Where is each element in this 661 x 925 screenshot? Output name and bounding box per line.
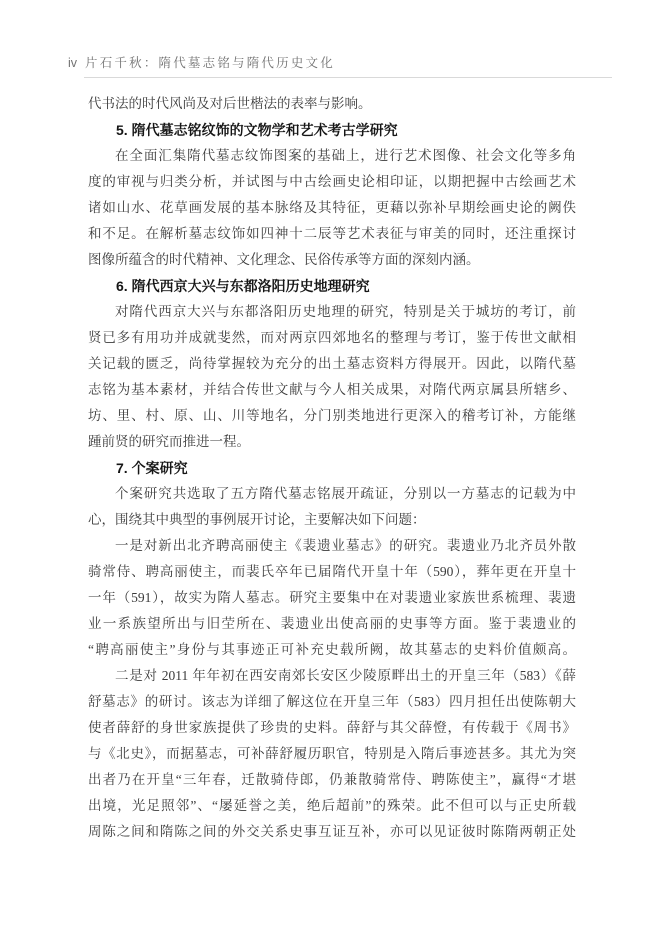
text-line: 舒墓志》的研讨。该志为详细了解这位在开皇三年（583）四月担任出使陈朝大	[88, 689, 576, 715]
text-line: 一年（591），故实为隋人墓志。研究主要集中在对裴遗业家族世系梳理、裴遗	[88, 585, 576, 611]
text-line: 对隋代西京大兴与东都洛阳历史地理的研究，特别是关于城坊的考订，前	[88, 299, 576, 325]
text-line: 在全面汇集隋代墓志纹饰图案的基础上，进行艺术图像、社会文化等多角	[88, 143, 576, 169]
text-line: 个案研究共选取了五方隋代墓志铭展开疏证，分别以一方墓志的记载为中	[88, 481, 576, 507]
text-line: 心，围绕其中典型的事例展开讨论，主要解决如下问题：	[88, 507, 576, 533]
text-line: 贤已多有用功并成就斐然，而对两京四郊地名的整理与考订，鉴于传世文献相	[88, 325, 576, 351]
text-line: 踵前贤的研究而推进一程。	[88, 429, 576, 455]
text-line: 图像所蕴含的时代精神、文化理念、民俗传承等方面的深刻内涵。	[88, 247, 576, 273]
text-line: 业一系族望所出与旧茔所在、裴遗业出使高丽的史事等方面。鉴于裴遗业的	[88, 611, 576, 637]
section-heading-7: 7. 个案研究	[88, 455, 576, 481]
text-line: 关记载的匮乏，尚待掌握较为充分的出土墓志资料方得展开。因此，以隋代墓	[88, 351, 576, 377]
text-line: 诸如山水、花草画发展的基本脉络及其特征，更藉以弥补早期绘画史论的阙佚	[88, 195, 576, 221]
text-line: 度的审视与归类分析，并试图与中古绘画史论相印证，以期把握中古绘画艺术	[88, 169, 576, 195]
document-page: iv片石千秋：隋代墓志铭与隋代历史文化 代书法的时代风尚及对后世楷法的表率与影响…	[0, 0, 661, 925]
text-line: 与《北史》，而据墓志，可补薛舒履历职官，特别是入隋后事迹甚多。其尤为突	[88, 741, 576, 767]
text-line: 骑常侍、聘高丽使主，而裴氏卒年已届隋代开皇十年（590），葬年更在开皇十	[88, 559, 576, 585]
page-body: 代书法的时代风尚及对后世楷法的表率与影响。 5. 隋代墓志铭纹饰的文物学和艺术考…	[88, 91, 576, 845]
text-line: 二是对 2011 年年初在西安南郊长安区少陵原畔出土的开皇三年（583）《薛	[88, 663, 576, 689]
running-title: 片石千秋：隋代墓志铭与隋代历史文化	[85, 56, 335, 70]
page-number: iv	[68, 56, 77, 70]
text-line: 出境，光足照邻”、“屡延誉之美，绝后超前”的殊荣。此不但可以与正史所载	[88, 793, 576, 819]
text-line: “聘高丽使主”身份与其事迹正可补充史载所阙，故其墓志的史料价值颇高。	[88, 637, 576, 663]
text-line: 代书法的时代风尚及对后世楷法的表率与影响。	[88, 91, 576, 117]
text-line: 坊、里、村、原、山、川等地名，分门别类地进行更深入的稽考订补，方能继	[88, 403, 576, 429]
text-line: 出者乃在开皇“三年春，迁散骑侍郎，仍兼散骑常侍、聘陈使主”，赢得“才堪	[88, 767, 576, 793]
page-header: iv片石千秋：隋代墓志铭与隋代历史文化	[68, 54, 661, 72]
text-line: 使者薛舒的身世家族提供了珍贵的史料。薛舒与其父薛憕，有传载于《周书》	[88, 715, 576, 741]
text-line: 周陈之间和隋陈之间的外交关系史事互证互补，亦可以见证彼时陈隋两朝正处	[88, 819, 576, 845]
text-line: 志铭为基本素材，并结合传世文献与今人相关成果，对隋代两京属县所辖乡、	[88, 377, 576, 403]
section-heading-5: 5. 隋代墓志铭纹饰的文物学和艺术考古学研究	[88, 117, 576, 143]
text-line: 一是对新出北齐聘高丽使主《裴遗业墓志》的研究。裴遗业乃北齐员外散	[88, 533, 576, 559]
header-rule	[84, 77, 612, 78]
text-line: 和不足。在解析墓志纹饰如四神十二辰等艺术表征与审美的同时，还注重探讨	[88, 221, 576, 247]
section-heading-6: 6. 隋代西京大兴与东都洛阳历史地理研究	[88, 273, 576, 299]
